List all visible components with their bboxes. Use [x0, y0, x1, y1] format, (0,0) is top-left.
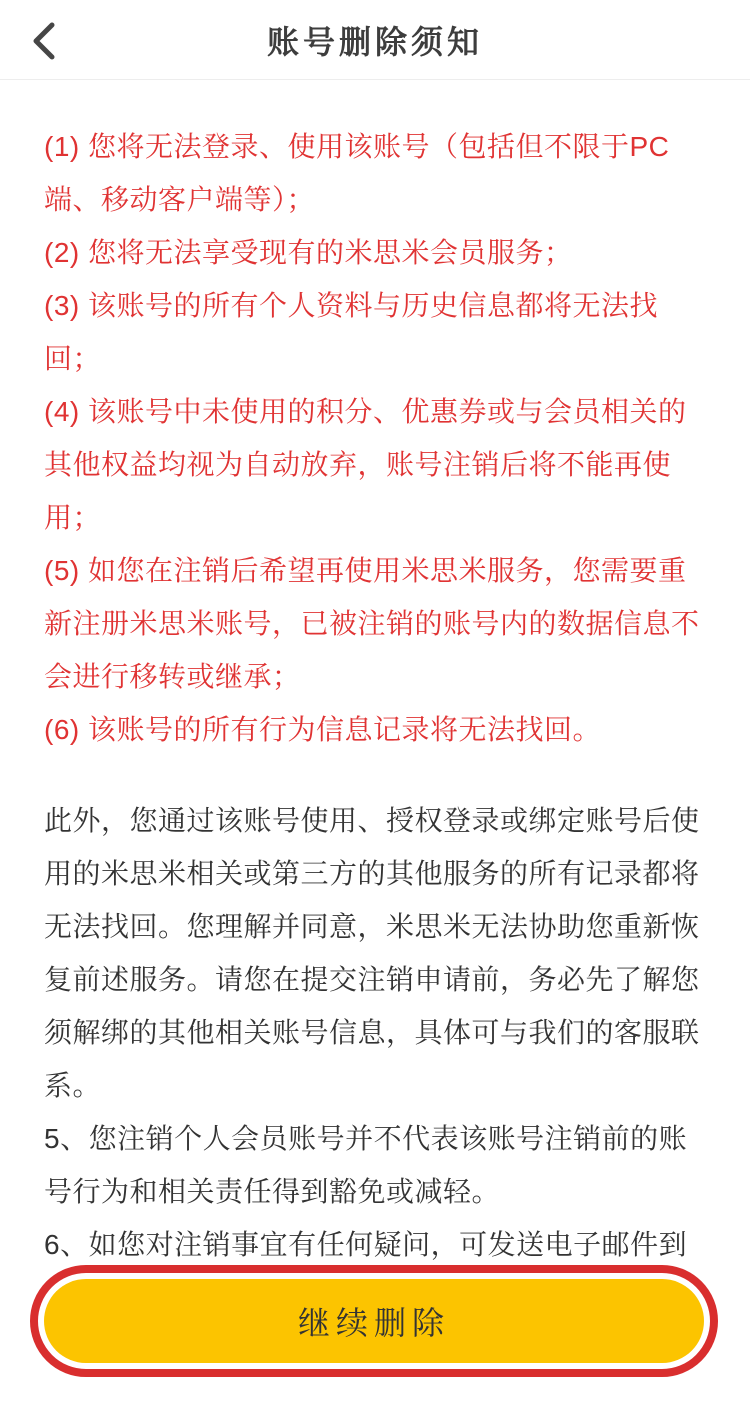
notice-item-6: (6) 该账号的所有行为信息记录将无法找回。	[44, 703, 710, 756]
continue-delete-button[interactable]: 继续删除	[44, 1279, 704, 1363]
terms-paragraph-2: 5、您注销个人会员账号并不代表该账号注销前的账号行为和相关责任得到豁免或减轻。	[44, 1112, 710, 1218]
terms-section: 此外，您通过该账号使用、授权登录或绑定账号后使用的米思米相关或第三方的其他服务的…	[44, 794, 710, 1324]
annotation-highlight-ring: 继续删除	[30, 1265, 718, 1377]
notice-item-5: (5) 如您在注销后希望再使用米思米服务，您需要重新注册米思米账号，已被注销的账…	[44, 544, 710, 703]
notice-item-3: (3) 该账号的所有个人资料与历史信息都将无法找回；	[44, 279, 710, 385]
back-button[interactable]	[16, 14, 72, 70]
notice-content: (1) 您将无法登录、使用该账号（包括但不限于PC端、移动客户端等）； (2) …	[0, 80, 750, 1324]
terms-paragraph-1: 此外，您通过该账号使用、授权登录或绑定账号后使用的米思米相关或第三方的其他服务的…	[44, 794, 710, 1112]
chevron-left-icon	[31, 21, 57, 64]
notice-item-2: (2) 您将无法享受现有的米思米会员服务；	[44, 226, 710, 279]
header-bar: 账号删除须知	[0, 0, 750, 80]
deletion-consequence-list: (1) 您将无法登录、使用该账号（包括但不限于PC端、移动客户端等）； (2) …	[44, 120, 710, 756]
notice-item-1: (1) 您将无法登录、使用该账号（包括但不限于PC端、移动客户端等）；	[44, 120, 710, 226]
page-title: 账号删除须知	[267, 17, 483, 63]
notice-item-4: (4) 该账号中未使用的积分、优惠券或与会员相关的其他权益均视为自动放弃，账号注…	[44, 385, 710, 544]
